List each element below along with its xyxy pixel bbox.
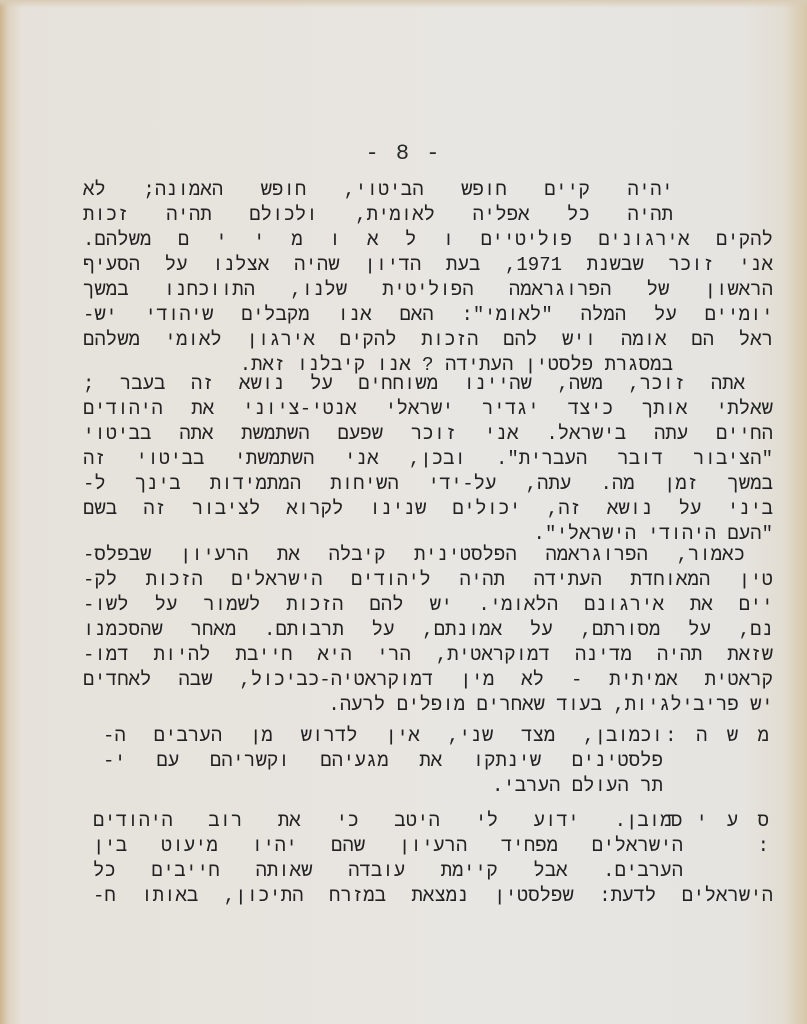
text-line: וכמובן, מצד שני, אין לדרוש מן הערבים ה- — [103, 724, 663, 749]
text-line: הישראלים מפחיד הרעיון שהם יהיו מיעוט בין — [93, 834, 683, 859]
text-line: "הציבור דובר העברית". ובכן, אני השתמשתי … — [83, 447, 773, 472]
text-line: כאמור, הפרוגראמה הפלסטינית קיבלה את הרעי… — [83, 543, 773, 568]
text-line: שאלתי אותך כיצד יגדיר ישראלי אנטי-ציוני … — [83, 397, 773, 422]
text-line: תר העולם הערבי. — [103, 774, 663, 799]
text-line: יש פריבילגיות, בעוד שאחרים מופלים לרעה. — [83, 693, 773, 718]
paragraph-3: כאמור, הפרוגראמה הפלסטינית קיבלה את הרעי… — [83, 543, 773, 718]
dialogue-body: כמובן. ידוע לי היטב כי את רוב היהודים הי… — [93, 809, 683, 909]
text-line: להקים אירגונים פוליטיים ו ל א ו מ י י ם … — [83, 228, 773, 253]
text-line: תהיה כל אפליה לאומית, ולכולם תהיה זכות — [83, 203, 773, 228]
text-line: פלסטינים שינתקו את מגעיהם וקשריהם עם י- — [103, 749, 663, 774]
text-line: אני זוכר שבשנת 1971, בעת הדיון שהיה אצלנ… — [83, 253, 773, 278]
text-line: יים את אירגונם הלאומי. יש להם הזכות לשמו… — [83, 593, 773, 618]
text-line: כמובן. ידוע לי היטב כי את רוב היהודים — [93, 809, 683, 834]
text-line: במשך זמן מה. עתה, על-ידי השיחות המתמידות… — [83, 472, 773, 497]
text-line: ביני על נושא זה, יכולים שנינו לקרוא לציב… — [83, 497, 773, 522]
text-line: הישראלים לדעת: שפלסטין נמצאת במזרח התיכו… — [93, 884, 773, 909]
text-line: נם, על מסורתם, על אמונתם, על תרבותם. מאח… — [83, 618, 773, 643]
paragraph-2: אתה זוכר, משה, שהיינו משוחחים על נושא זה… — [83, 372, 773, 547]
page-number: - 8 - — [0, 141, 807, 166]
text-line: יהיה קיים חופש הביטוי, חופש האמונה; לא — [83, 178, 773, 203]
text-line: החיים עתה בישראל. אני זוכר שפעם השתמשת א… — [83, 422, 773, 447]
scanned-page: - 8 - יהיה קיים חופש הביטוי, חופש האמונה… — [0, 0, 807, 1024]
text-line: יומיים על המלה "לאומי": האם אנו מקבלים ש… — [83, 303, 773, 328]
text-line: קראטית אמיתית - לא מין דמוקראטיה-כביכול,… — [83, 668, 773, 693]
text-line: אתה זוכר, משה, שהיינו משוחחים על נושא זה… — [83, 372, 773, 397]
dialogue-body: וכמובן, מצד שני, אין לדרוש מן הערבים ה- … — [103, 724, 663, 799]
text-line: שזאת תהיה מדינה דמוקראטית, הרי היא חייבת… — [83, 643, 773, 668]
text-line: טין המאוחדת העתידה תהיה ליהודים הישראלים… — [83, 568, 773, 593]
speaker-label: מ ש ה : — [663, 724, 773, 749]
text-line: הראשון של הפרוגראמה הפוליטית שלנו, התווכ… — [83, 278, 773, 303]
paragraph-1: יהיה קיים חופש הביטוי, חופש האמונה; לא ת… — [83, 178, 773, 378]
text-line: הערבים. אבל קיימת עובדה שאותה חייבים כל — [93, 859, 683, 884]
text-line: ראל הם אומה ויש להם הזכות להקים אירגון ל… — [83, 328, 773, 353]
